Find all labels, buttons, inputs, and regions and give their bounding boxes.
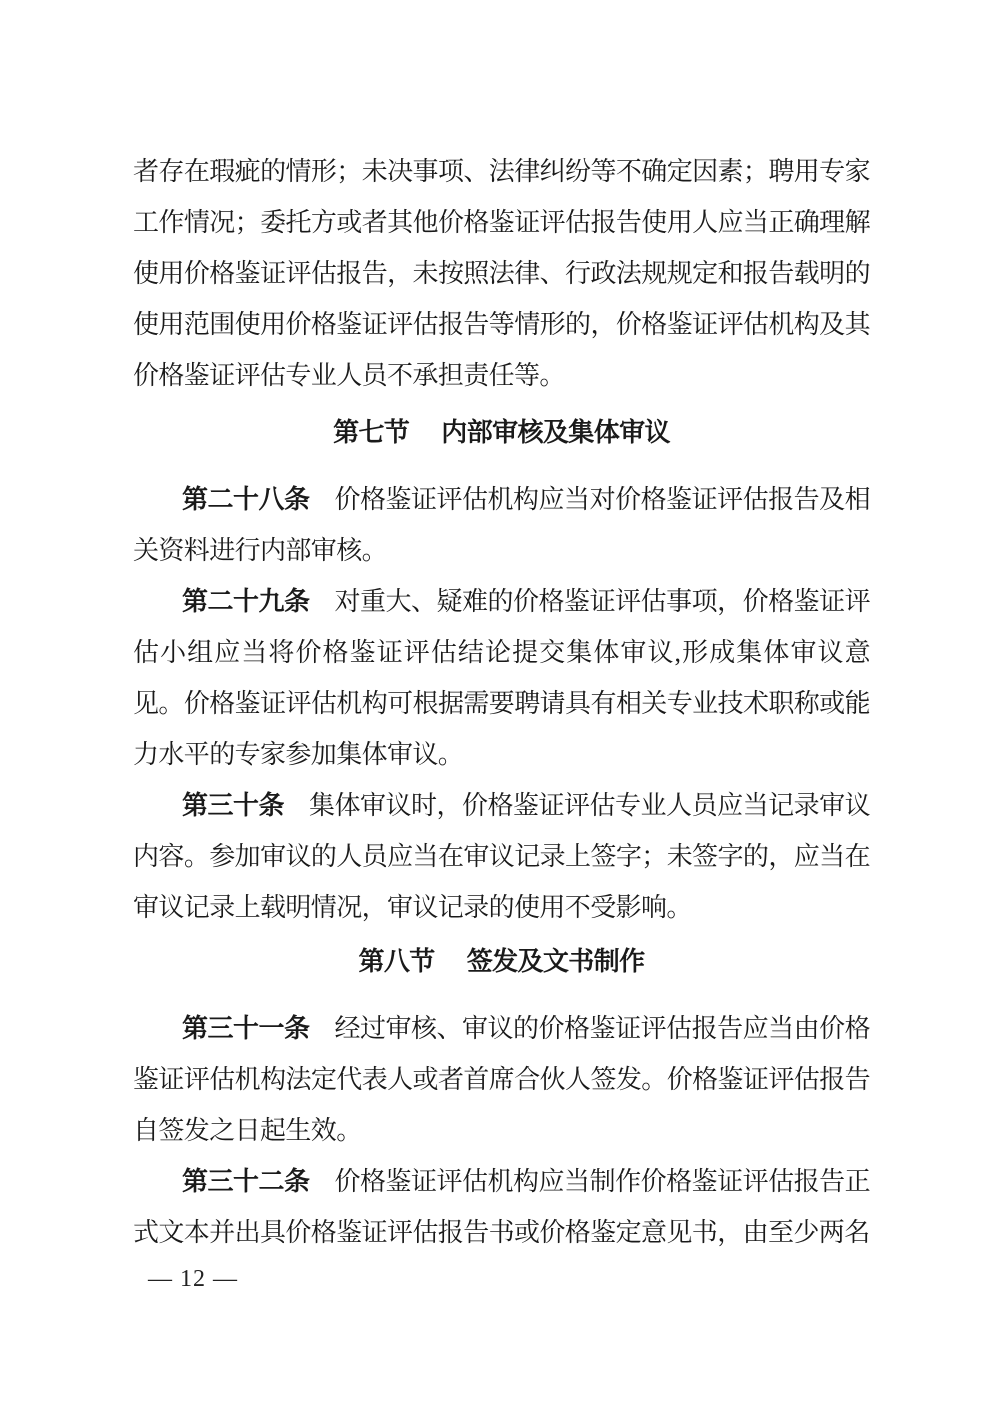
- article-29-paragraph: 第二十九条对重大、疑难的价格鉴证评估事项，价格鉴证评估小组应当将价格鉴证评估结论…: [133, 576, 870, 780]
- article-32-paragraph: 第三十二条价格鉴证评估机构应当制作价格鉴证评估报告正式文本并出具价格鉴证评估报告…: [133, 1156, 870, 1258]
- article-31-number: 第三十一条: [182, 1014, 310, 1043]
- section-8-number: 第八节: [358, 947, 434, 976]
- page-number: — 12 —: [148, 1264, 238, 1294]
- section-7-title: 内部审核及集体审议: [441, 418, 670, 447]
- article-30-paragraph: 第三十条集体审议时，价格鉴证评估专业人员应当记录审议内容。参加审议的人员应当在审…: [133, 780, 870, 933]
- continuation-paragraph: 者存在瑕疵的情形；未决事项、法律纠纷等不确定因素；聘用专家工作情况；委托方或者其…: [133, 146, 870, 401]
- article-31-paragraph: 第三十一条经过审核、审议的价格鉴证评估报告应当由价格鉴证评估机构法定代表人或者首…: [133, 1003, 870, 1156]
- section-heading-7: 第七节内部审核及集体审议: [133, 407, 870, 458]
- article-29-number: 第二十九条: [182, 587, 310, 616]
- document-content: 者存在瑕疵的情形；未决事项、法律纠纷等不确定因素；聘用专家工作情况；委托方或者其…: [133, 146, 870, 1258]
- document-page: 者存在瑕疵的情形；未决事项、法律纠纷等不确定因素；聘用专家工作情况；委托方或者其…: [0, 0, 992, 1403]
- section-7-number: 第七节: [333, 418, 409, 447]
- article-32-number: 第三十二条: [182, 1167, 310, 1196]
- article-30-number: 第三十条: [182, 791, 284, 820]
- section-8-title: 签发及文书制作: [467, 947, 645, 976]
- section-heading-8: 第八节签发及文书制作: [133, 936, 870, 987]
- article-28-number: 第二十八条: [182, 485, 310, 514]
- article-28-paragraph: 第二十八条价格鉴证评估机构应当对价格鉴证评估报告及相关资料进行内部审核。: [133, 474, 870, 576]
